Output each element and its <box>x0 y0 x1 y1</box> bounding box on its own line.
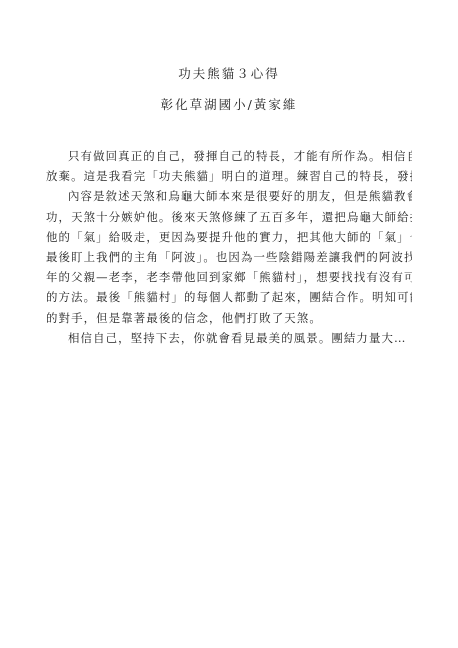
document-page: 功夫熊貓３心得 彰化草湖國小/黃家維 只有做回真正的自己，發揮自己的特長，才能有… <box>0 0 458 648</box>
document-body: 只有做回真正的自己，發揮自己的特長，才能有所作為。相信自我，不輕易 放棄。這是我… <box>46 146 412 348</box>
paragraph-2: 內容是敘述天煞和烏龜大師本來是很要好的朋友，但是熊貓教會烏龜大師氣 功，天煞十分… <box>46 186 412 327</box>
paragraph-1: 只有做回真正的自己，發揮自己的特長，才能有所作為。相信自我，不輕易 放棄。這是我… <box>46 146 412 186</box>
paragraph-line: 的方法。最後「熊貓村」的每個人都動了起來，團結合作。明知可能都不是天煞 <box>46 287 412 307</box>
paragraph-line: 最後盯上我們的主角「阿波」。也因為一些陰錯陽差讓我們的阿波找到他失散多 <box>46 247 412 267</box>
paragraph-line: 只有做回真正的自己，發揮自己的特長，才能有所作為。相信自我，不輕易 <box>46 146 412 166</box>
paragraph-line: 年的父親—老李，老李帶他回到家鄉「熊貓村」，想要找找有沒有可以打敗天煞 <box>46 267 412 287</box>
document-title: 功夫熊貓３心得 <box>0 64 458 82</box>
paragraph-line: 相信自己，堅持下去，你就會看見最美的風景。團結力量大… …。 <box>46 328 412 348</box>
paragraph-line: 放棄。這是我看完「功夫熊貓」明白的道理。練習自己的特長，發揮自己的強項。 <box>46 166 412 186</box>
paragraph-line: 他的「氣」給吸走，更因為要提升他的實力，把其他大師的「氣」也給吸走了， <box>46 227 412 247</box>
paragraph-line: 功，天煞十分嫉妒他。後來天煞修練了五百多年，還把烏龜大師給打敗了，還把 <box>46 207 412 227</box>
paragraph-line: 內容是敘述天煞和烏龜大師本來是很要好的朋友，但是熊貓教會烏龜大師氣 <box>46 186 412 206</box>
paragraph-line: 的對手，但是靠著最後的信念，他們打敗了天煞。 <box>46 308 412 328</box>
document-author: 彰化草湖國小/黃家維 <box>0 95 458 113</box>
paragraph-3: 相信自己，堅持下去，你就會看見最美的風景。團結力量大… …。 <box>46 328 412 348</box>
